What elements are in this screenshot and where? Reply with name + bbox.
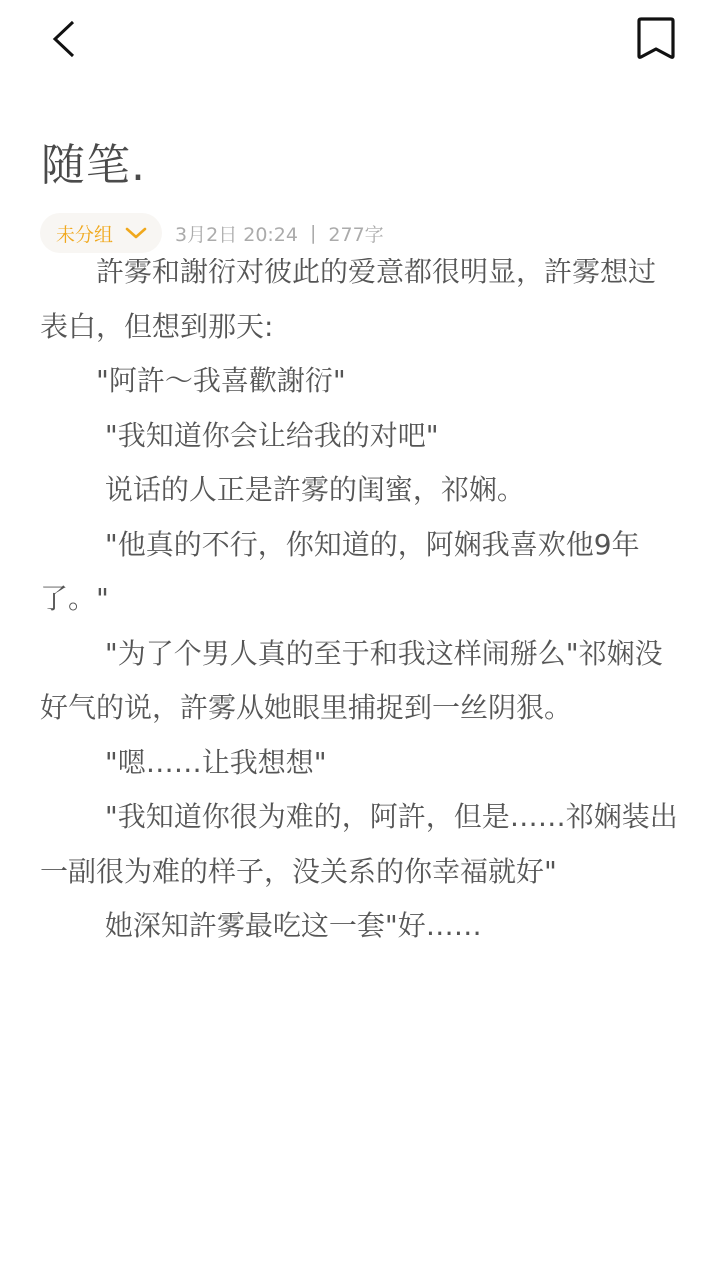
paragraph: "嗯……让我想想" [40,736,680,791]
chevron-left-icon [40,14,88,62]
paragraph: 说话的人正是許雾的闺蜜，祁娴。 [40,463,680,518]
word-count: 277字 [328,220,383,247]
paragraph: "我知道你很为难的，阿許，但是……祁娴装出一副很为难的样子，没关系的你幸福就好" [40,790,680,899]
paragraph: "阿許～我喜歡謝衍" [40,354,680,409]
paragraph: "为了个男人真的至于和我这样闹掰么"祁娴没好气的说，許雾从她眼里捕捉到一丝阴狠。 [40,627,680,736]
note-body[interactable]: 許雾和謝衍对彼此的爱意都很明显，許雾想过表白，但想到那天: "阿許～我喜歡謝衍"… [40,245,680,954]
back-button[interactable] [40,14,88,62]
group-selector[interactable]: 未分组 [40,213,162,253]
paragraph: "我知道你会让给我的对吧" [40,409,680,464]
paragraph: "他真的不行，你知道的，阿娴我喜欢他9年了。" [40,518,680,627]
bookmark-button[interactable] [632,14,680,62]
note-date: 3月2日 20:24 [175,220,298,247]
paragraph: 她深知許雾最吃这一套"好…… [40,899,680,954]
paragraph: 許雾和謝衍对彼此的爱意都很明显，許雾想过表白，但想到那天: [40,245,680,354]
bookmark-icon [632,14,680,62]
group-label: 未分组 [56,220,113,247]
chevron-down-icon [125,226,147,240]
note-meta: 未分组 3月2日 20:24 | 277字 [40,213,384,253]
note-header: 随笔. 未分组 3月2日 20:24 | 277字 [0,80,706,258]
meta-info: 3月2日 20:24 | 277字 [175,220,384,247]
meta-separator: | [310,222,316,244]
top-bar [0,0,706,80]
note-title[interactable]: 随笔. [41,136,146,196]
